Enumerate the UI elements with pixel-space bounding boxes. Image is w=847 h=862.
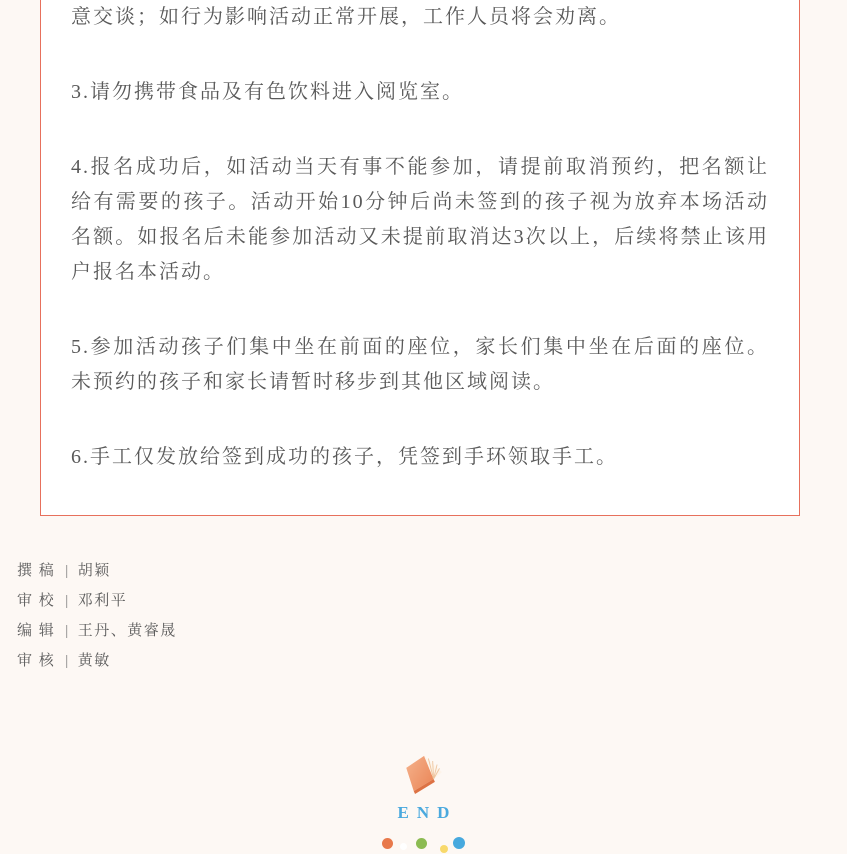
credit-names: 王丹、黄睿晟 — [78, 623, 177, 639]
dot-yellow-icon — [440, 845, 448, 853]
dot-blue-icon — [453, 837, 465, 849]
credit-names: 邓利平 — [78, 593, 128, 609]
credit-separator: | — [55, 653, 78, 669]
rule-paragraph-5: 5.参加活动孩子们集中坐在前面的座位，家长们集中坐在后面的座位。未预约的孩子和家… — [71, 330, 769, 400]
credit-role: 审 核 — [17, 653, 55, 669]
credit-row-writer: 撰 稿|胡颖 — [17, 556, 177, 586]
credit-role: 审 校 — [17, 593, 55, 609]
dot-green-icon — [416, 838, 427, 849]
dot-white-icon — [400, 843, 407, 850]
dot-orange-icon — [382, 838, 393, 849]
footer-dots — [0, 835, 847, 851]
notice-box: 意交谈；如行为影响活动正常开展，工作人员将会劝离。 3.请勿携带食品及有色饮料进… — [40, 0, 800, 516]
credit-role: 撰 稿 — [17, 563, 55, 579]
credit-separator: | — [55, 593, 78, 609]
article-page: 意交谈；如行为影响活动正常开展，工作人员将会劝离。 3.请勿携带食品及有色饮料进… — [0, 0, 847, 862]
rule-paragraph-3: 3.请勿携带食品及有色饮料进入阅览室。 — [71, 75, 769, 110]
rule-paragraph-4: 4.报名成功后，如活动当天有事不能参加，请提前取消预约，把名额让给有需要的孩子。… — [71, 150, 769, 290]
open-book-icon — [401, 752, 447, 796]
credit-row-proofreader: 审 校|邓利平 — [17, 586, 177, 616]
end-label: END — [0, 803, 847, 823]
credit-separator: | — [55, 623, 78, 639]
next-section-edge — [0, 854, 847, 862]
credit-separator: | — [55, 563, 78, 579]
credit-row-editor: 编 辑|王丹、黄睿晟 — [17, 616, 177, 646]
footer-end-block: END — [0, 752, 847, 851]
rule-paragraph-6: 6.手工仅发放给签到成功的孩子，凭签到手环领取手工。 — [71, 440, 769, 475]
credit-row-reviewer: 审 核|黄敏 — [17, 646, 177, 676]
credits-block: 撰 稿|胡颖 审 校|邓利平 编 辑|王丹、黄睿晟 审 核|黄敏 — [17, 556, 177, 676]
rule-paragraph-continued: 意交谈；如行为影响活动正常开展，工作人员将会劝离。 — [71, 0, 769, 35]
credit-role: 编 辑 — [17, 623, 55, 639]
credit-names: 黄敏 — [78, 653, 111, 669]
credit-names: 胡颖 — [78, 563, 111, 579]
